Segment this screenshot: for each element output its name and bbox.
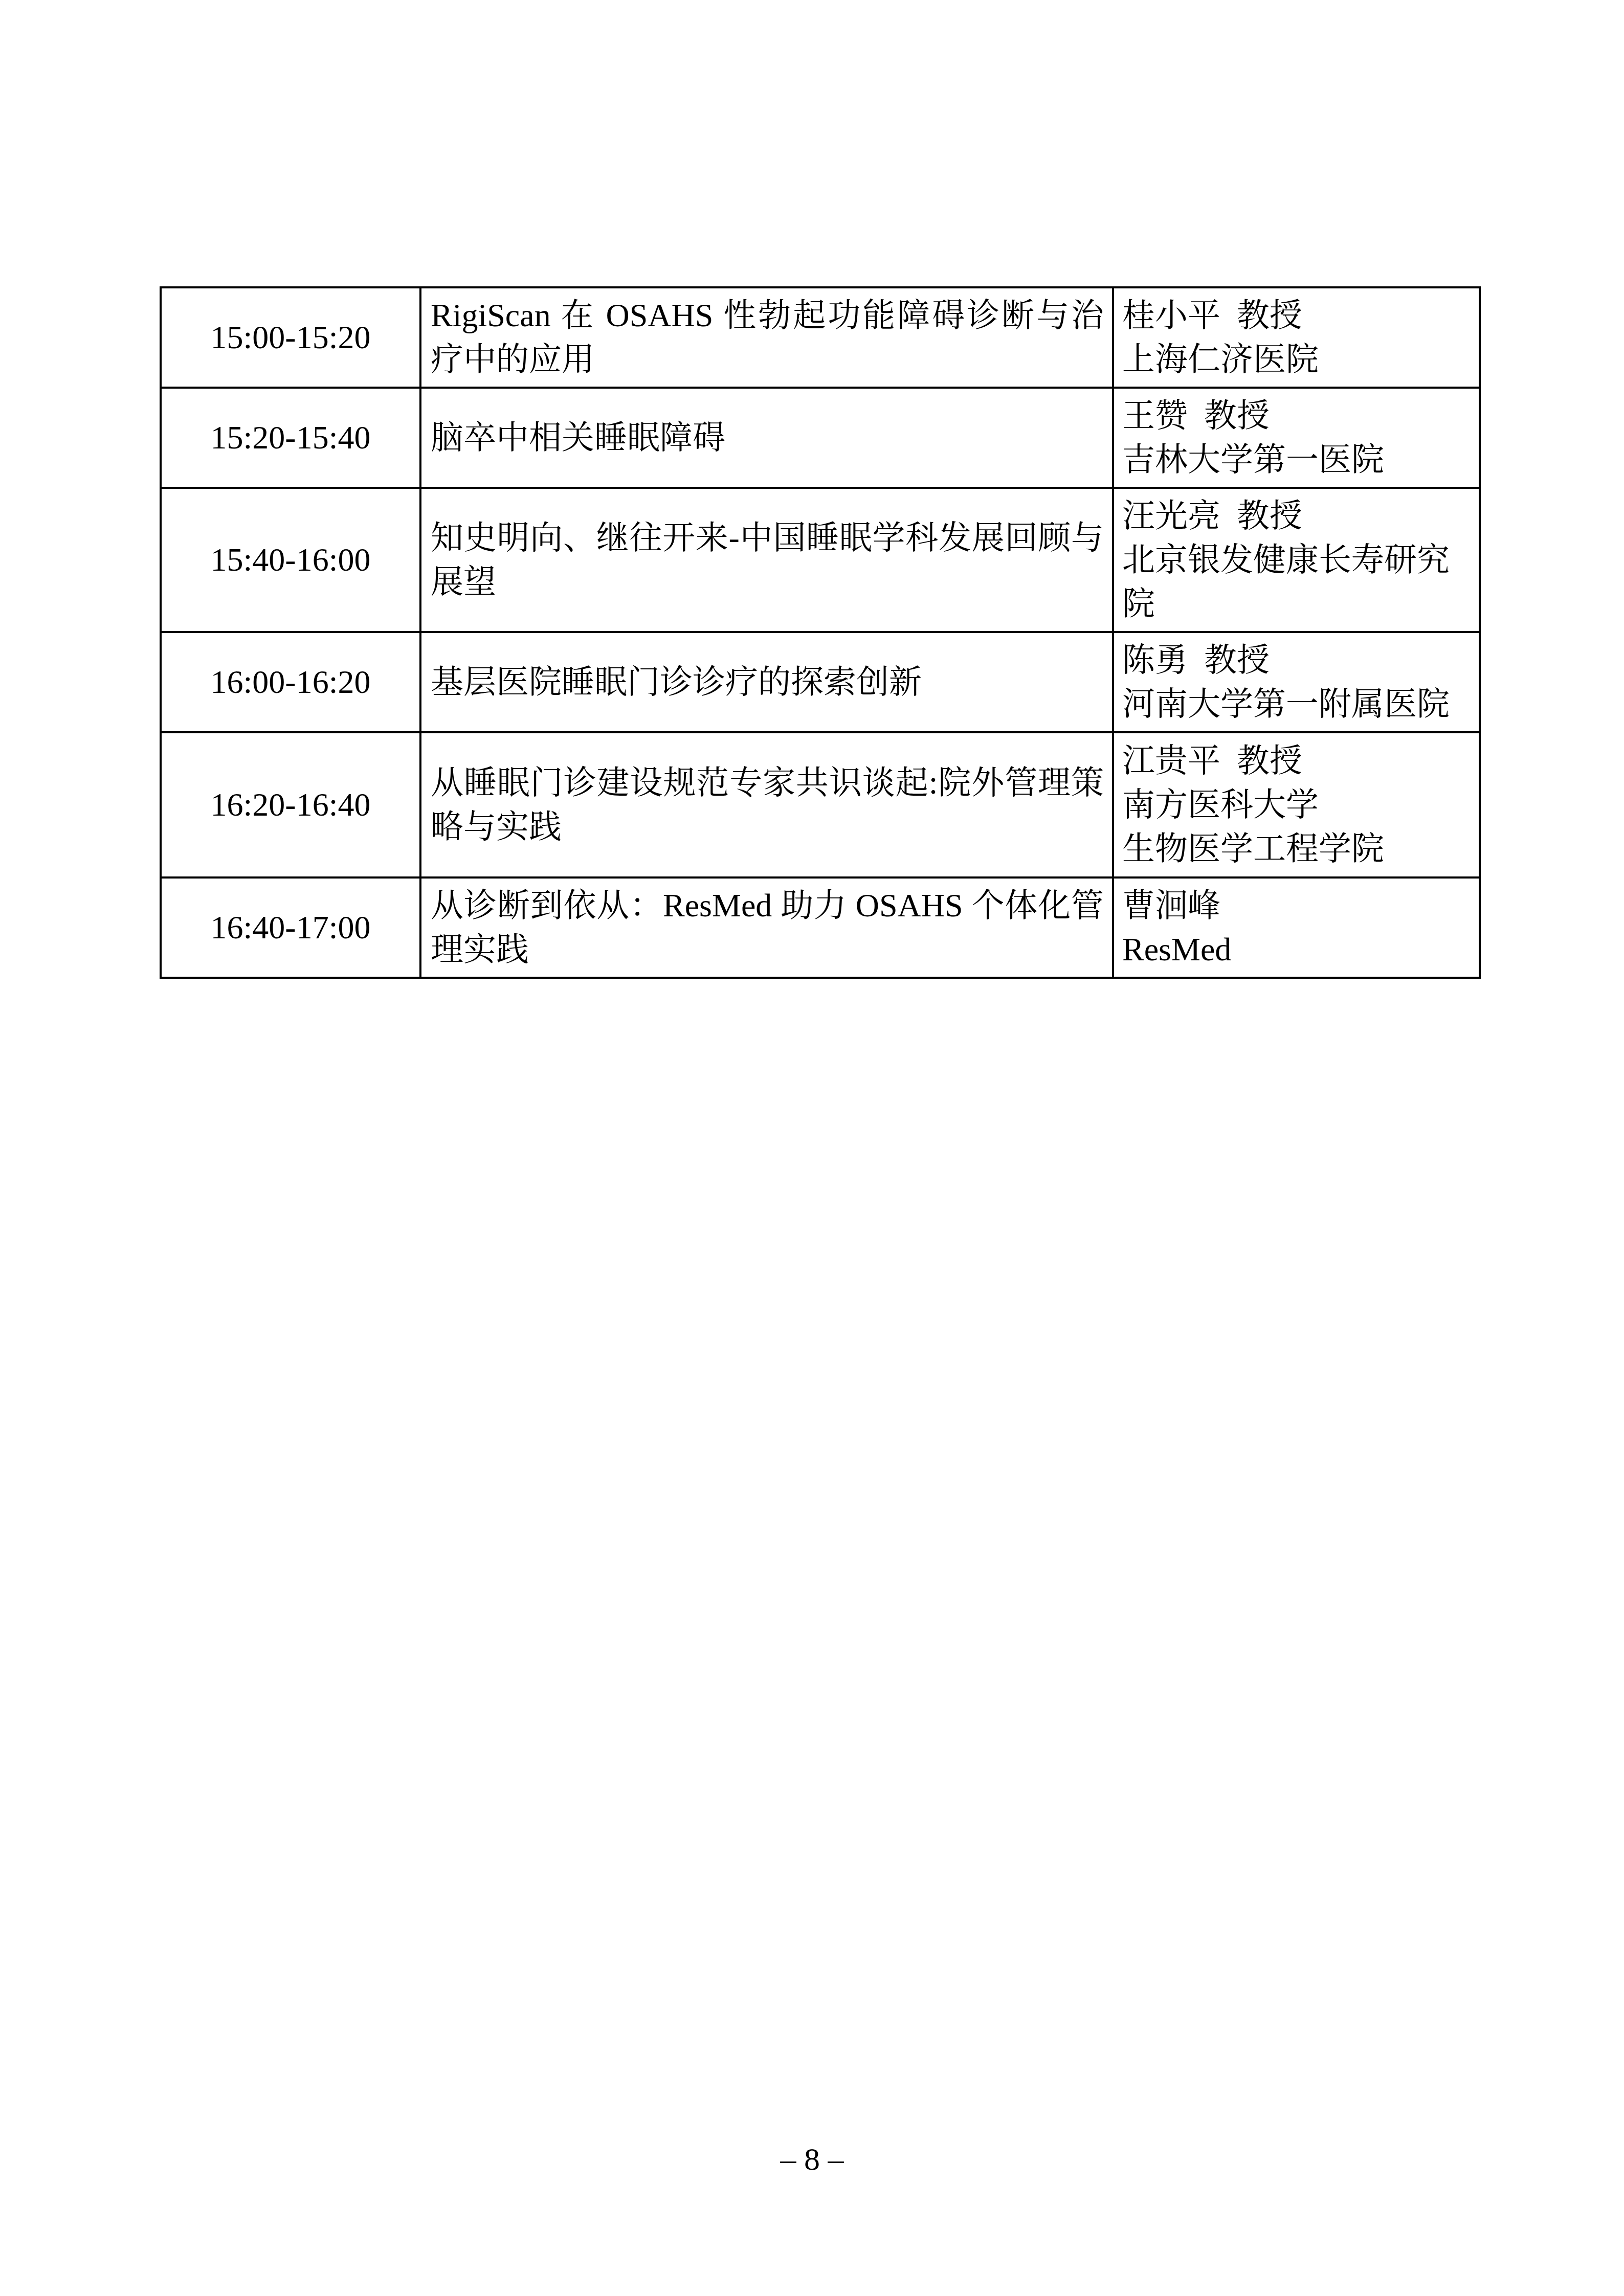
table-row: 15:40-16:00 知史明向、继往开来-中国睡眠学科发展回顾与展望 汪光亮 … bbox=[161, 488, 1480, 632]
presenter-cell: 陈勇 教授 河南大学第一附属医院 bbox=[1113, 632, 1480, 732]
table-row: 16:00-16:20 基层医院睡眠门诊诊疗的探索创新 陈勇 教授 河南大学第一… bbox=[161, 632, 1480, 732]
presenter-cell: 曹洄峰 ResMed bbox=[1113, 877, 1480, 978]
table-row: 15:00-15:20 RigiScan 在 OSAHS 性勃起功能障碍诊断与治… bbox=[161, 287, 1480, 388]
table-row: 15:20-15:40 脑卒中相关睡眠障碍 王赞 教授 吉林大学第一医院 bbox=[161, 388, 1480, 488]
time-cell: 15:00-15:20 bbox=[161, 287, 420, 388]
topic-cell: RigiScan 在 OSAHS 性勃起功能障碍诊断与治疗中的应用 bbox=[420, 287, 1113, 388]
time-cell: 16:20-16:40 bbox=[161, 732, 420, 877]
time-cell: 15:40-16:00 bbox=[161, 488, 420, 632]
time-cell: 15:20-15:40 bbox=[161, 388, 420, 488]
topic-cell: 从睡眠门诊建设规范专家共识谈起:院外管理策略与实践 bbox=[420, 732, 1113, 877]
presenter-name: 曹洄峰 bbox=[1122, 884, 1473, 928]
presenter-name: 江贵平 教授 bbox=[1122, 739, 1473, 783]
presenter-affiliation: 上海仁济医院 bbox=[1122, 337, 1473, 381]
presenter-affiliation: 生物医学工程学院 bbox=[1122, 827, 1473, 871]
topic-cell: 知史明向、继往开来-中国睡眠学科发展回顾与展望 bbox=[420, 488, 1113, 632]
page-number: – 8 – bbox=[0, 2143, 1624, 2176]
table-row: 16:40-17:00 从诊断到依从：ResMed 助力 OSAHS 个体化管理… bbox=[161, 877, 1480, 978]
topic-cell: 脑卒中相关睡眠障碍 bbox=[420, 388, 1113, 488]
presenter-cell: 江贵平 教授 南方医科大学 生物医学工程学院 bbox=[1113, 732, 1480, 877]
presenter-affiliation: 河南大学第一附属医院 bbox=[1122, 682, 1473, 726]
document-page: 15:00-15:20 RigiScan 在 OSAHS 性勃起功能障碍诊断与治… bbox=[0, 0, 1624, 2296]
presenter-affiliation: 北京银发健康长寿研究院 bbox=[1122, 538, 1473, 626]
presenter-name: 王赞 教授 bbox=[1122, 394, 1473, 438]
presenter-cell: 汪光亮 教授 北京银发健康长寿研究院 bbox=[1113, 488, 1480, 632]
presenter-cell: 王赞 教授 吉林大学第一医院 bbox=[1113, 388, 1480, 488]
table-row: 16:20-16:40 从睡眠门诊建设规范专家共识谈起:院外管理策略与实践 江贵… bbox=[161, 732, 1480, 877]
presenter-name: 陈勇 教授 bbox=[1122, 638, 1473, 682]
topic-cell: 从诊断到依从：ResMed 助力 OSAHS 个体化管理实践 bbox=[420, 877, 1113, 978]
presenter-affiliation: 吉林大学第一医院 bbox=[1122, 438, 1473, 482]
schedule-table: 15:00-15:20 RigiScan 在 OSAHS 性勃起功能障碍诊断与治… bbox=[160, 286, 1481, 979]
presenter-name: 桂小平 教授 bbox=[1122, 294, 1473, 337]
presenter-cell: 桂小平 教授 上海仁济医院 bbox=[1113, 287, 1480, 388]
presenter-affiliation: 南方医科大学 bbox=[1122, 783, 1473, 827]
presenter-name: 汪光亮 教授 bbox=[1122, 494, 1473, 538]
presenter-affiliation: ResMed bbox=[1122, 928, 1473, 972]
time-cell: 16:00-16:20 bbox=[161, 632, 420, 732]
topic-cell: 基层医院睡眠门诊诊疗的探索创新 bbox=[420, 632, 1113, 732]
time-cell: 16:40-17:00 bbox=[161, 877, 420, 978]
